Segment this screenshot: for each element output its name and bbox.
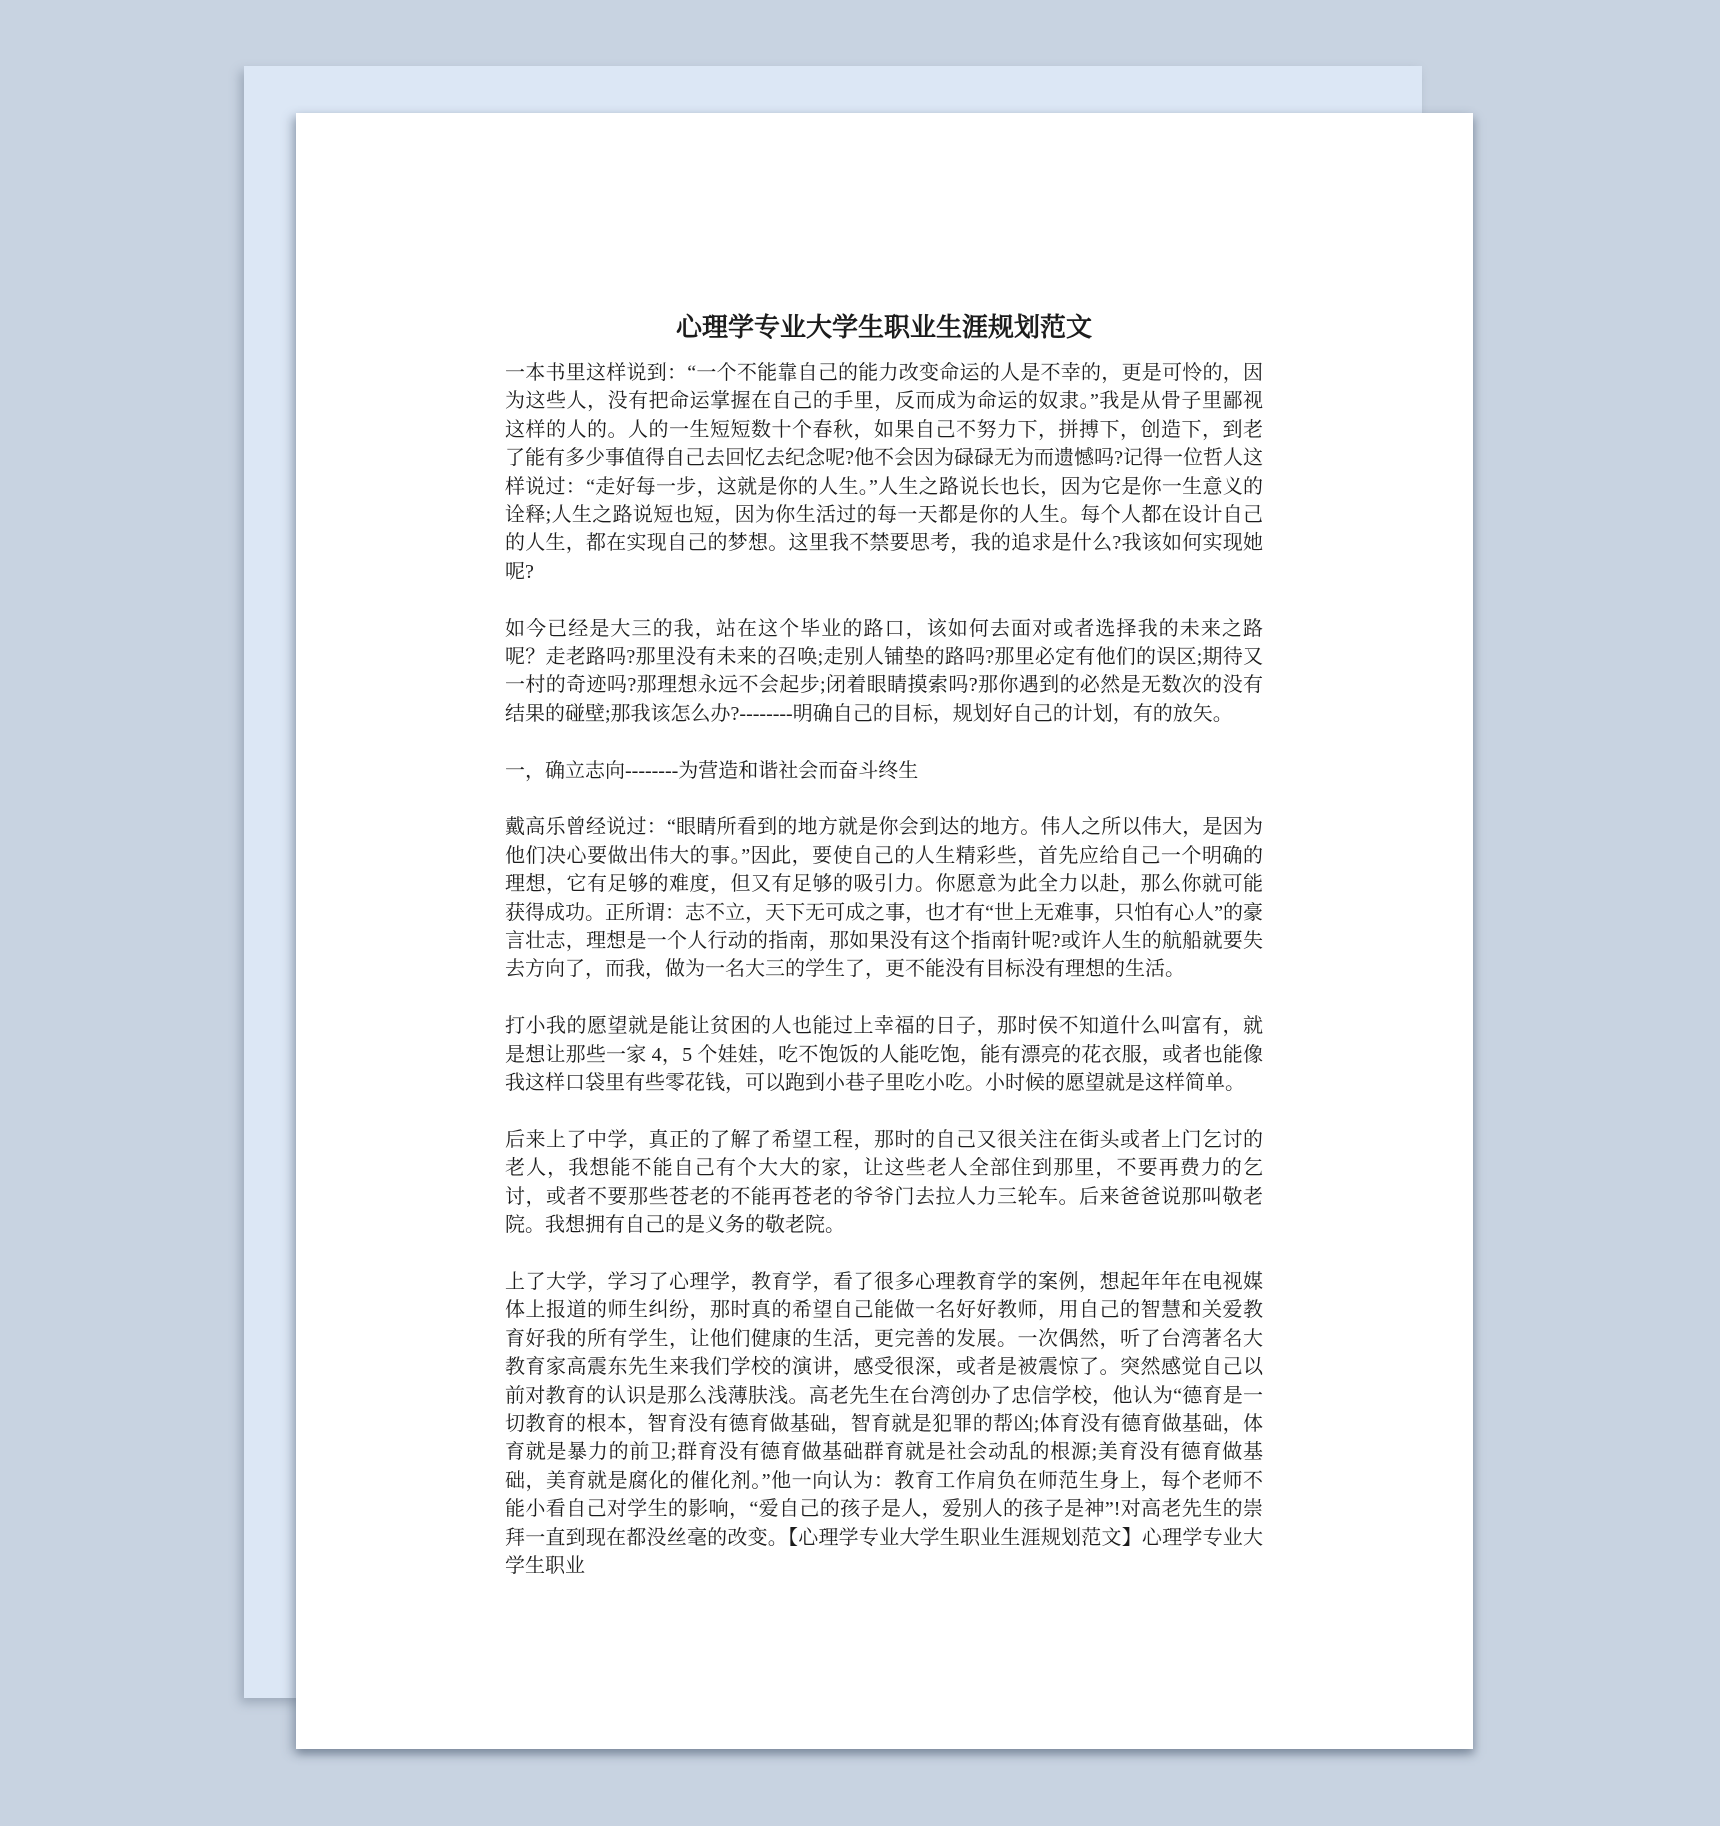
body-paragraph-2: 打小我的愿望就是能让贫困的人也能过上幸福的日子，那时侯不知道什么叫富有，就是想让… [505, 1012, 1263, 1097]
document-content: 心理学专业大学生职业生涯规划范文 一本书里这样说到：“一个不能靠自己的能力改变命… [296, 113, 1473, 1580]
body-paragraph-1: 戴高乐曾经说过：“眼睛所看到的地方就是你会到达的地方。伟人之所以伟大，是因为他们… [505, 813, 1263, 983]
section-heading: 一，确立志向--------为营造和谐社会而奋斗终生 [505, 757, 1263, 785]
intro-paragraph-1: 一本书里这样说到：“一个不能靠自己的能力改变命运的人是不幸的，更是可怜的，因为这… [505, 359, 1263, 586]
document-page: 心理学专业大学生职业生涯规划范文 一本书里这样说到：“一个不能靠自己的能力改变命… [296, 113, 1473, 1749]
document-title: 心理学专业大学生职业生涯规划范文 [505, 311, 1263, 345]
body-paragraph-4: 上了大学，学习了心理学，教育学，看了很多心理教育学的案例，想起年年在电视媒体上报… [505, 1268, 1263, 1580]
intro-paragraph-2: 如今已经是大三的我，站在这个毕业的路口，该如何去面对或者选择我的未来之路呢？走老… [505, 615, 1263, 729]
body-paragraph-3: 后来上了中学，真正的了解了希望工程，那时的自己又很关注在街头或者上门乞讨的老人，… [505, 1126, 1263, 1240]
